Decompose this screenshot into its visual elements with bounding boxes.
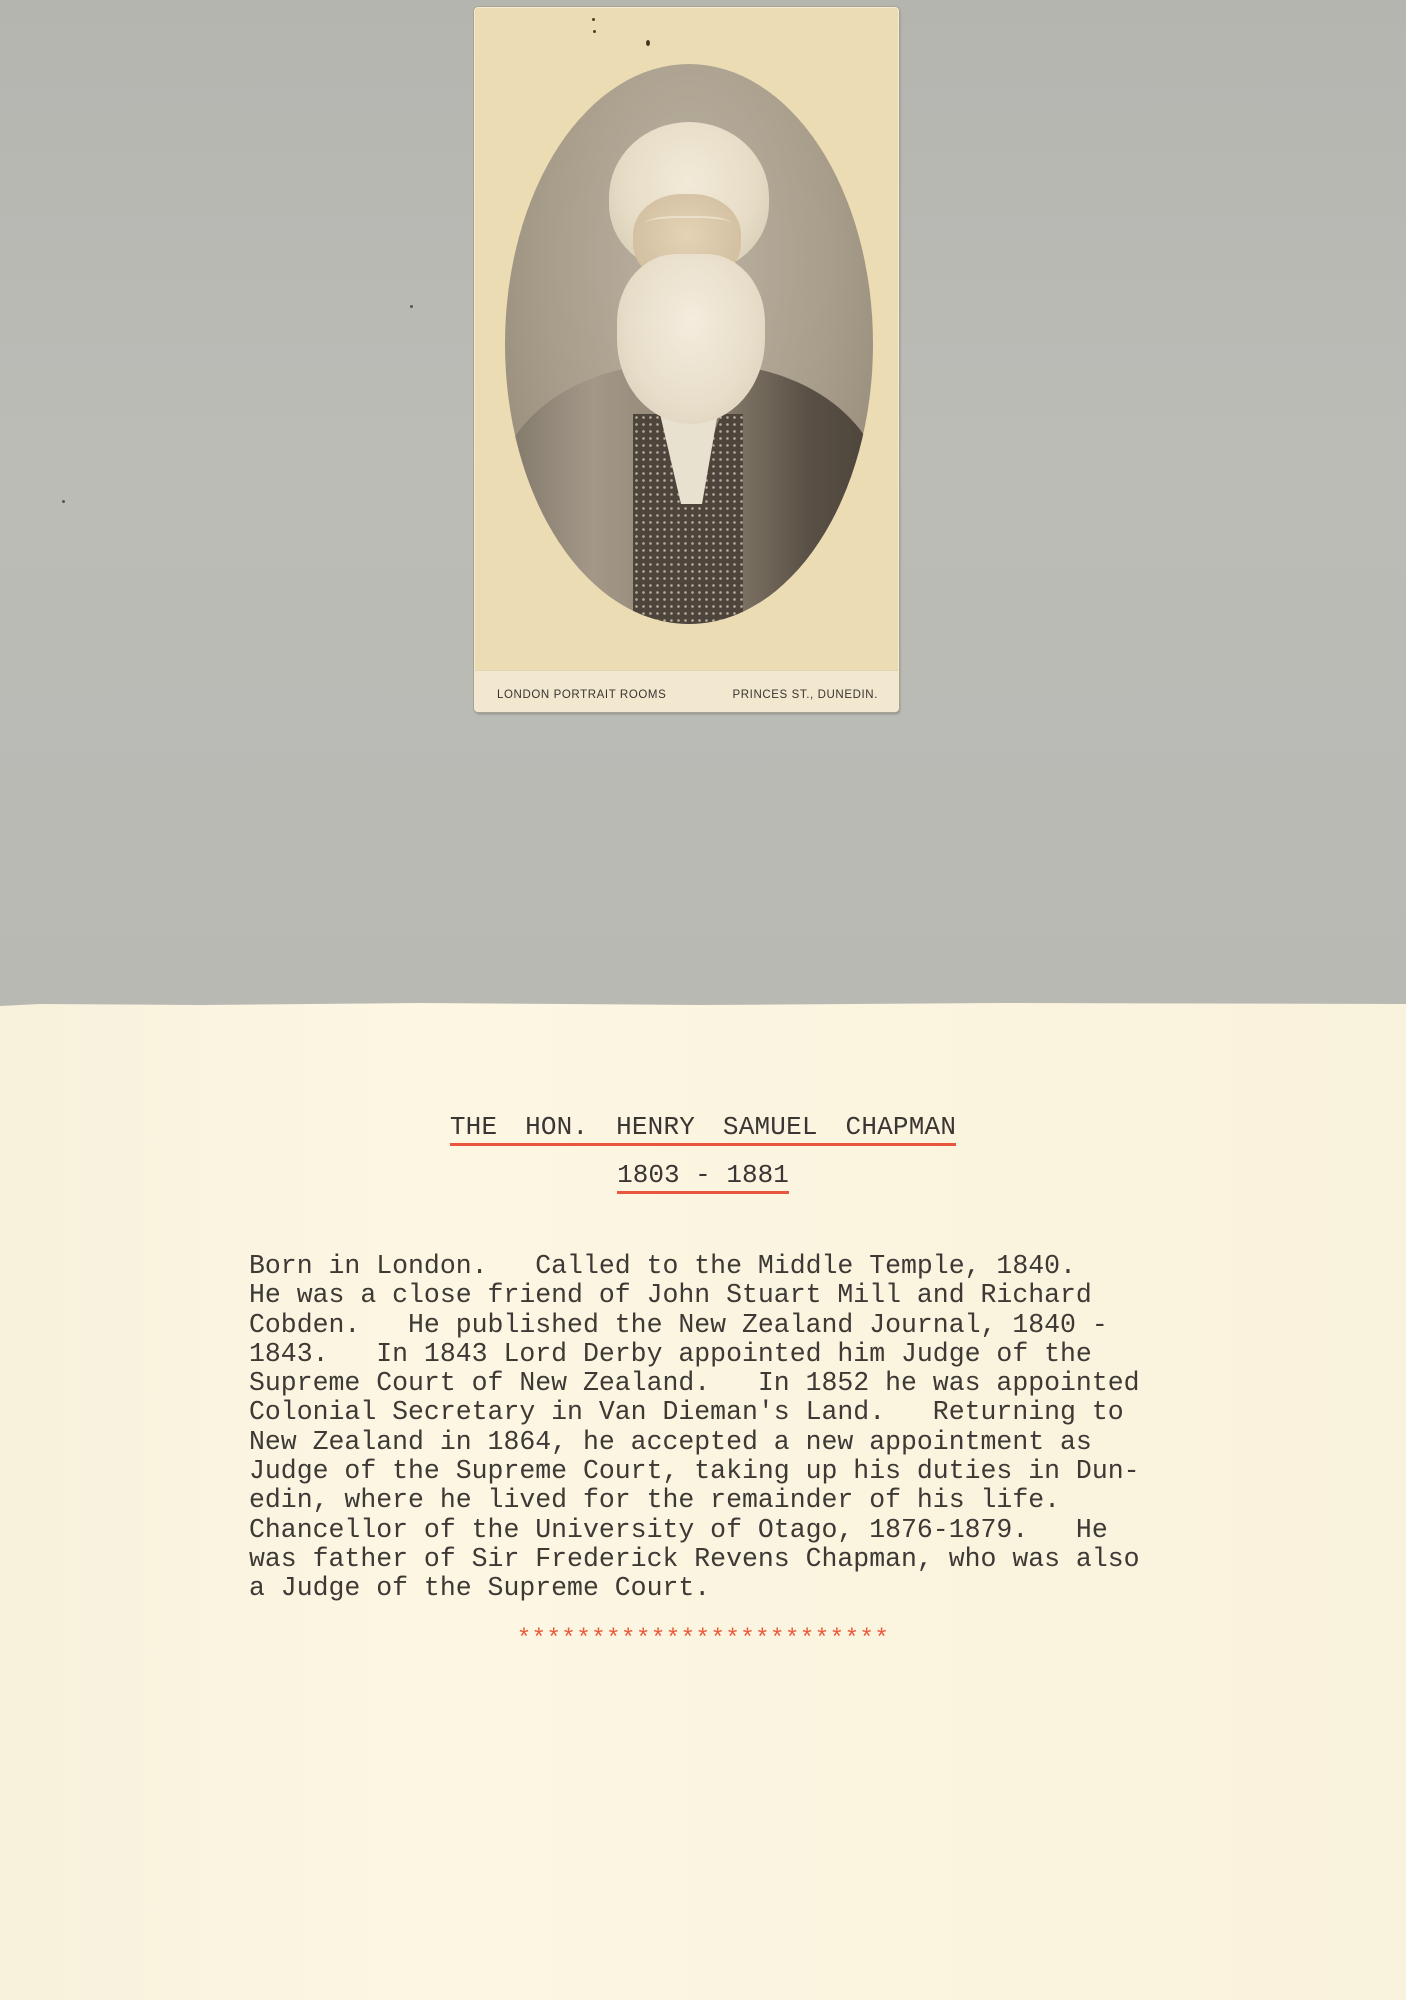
biography-line: Colonial Secretary in Van Dieman's Land.… <box>249 1398 1249 1427</box>
biography-line: New Zealand in 1864, he accepted a new a… <box>249 1428 1249 1457</box>
card-imprint-strip: LONDON PORTRAIT ROOMS PRINCES ST., DUNED… <box>475 670 898 711</box>
card-stain <box>593 30 596 33</box>
biography-line: Supreme Court of New Zealand. In 1852 he… <box>249 1369 1249 1398</box>
biography-line: Cobden. He published the New Zealand Jou… <box>249 1311 1249 1340</box>
mount-speck <box>62 500 65 503</box>
studio-address: PRINCES ST., DUNEDIN. <box>732 689 878 701</box>
biography-text: Born in London. Called to the Middle Tem… <box>249 1252 1249 1604</box>
studio-name: LONDON PORTRAIT ROOMS <box>497 689 666 701</box>
mount-speck <box>410 305 413 308</box>
asterisk-divider: ************************* <box>0 1626 1406 1653</box>
carte-de-visite-card: LONDON PORTRAIT ROOMS PRINCES ST., DUNED… <box>474 7 899 712</box>
biography-line: Judge of the Supreme Court, taking up hi… <box>249 1457 1249 1486</box>
portrait-spectacles <box>645 216 731 234</box>
biography-line: was father of Sir Frederick Revens Chapm… <box>249 1545 1249 1574</box>
caption-dates-text: 1803 - 1881 <box>617 1160 789 1194</box>
biography-line: 1843. In 1843 Lord Derby appointed him J… <box>249 1340 1249 1369</box>
biography-line: Chancellor of the University of Otago, 1… <box>249 1516 1249 1545</box>
card-stain <box>592 18 595 21</box>
portrait-photo <box>505 64 873 624</box>
caption-title-text: THE HON. HENRY SAMUEL CHAPMAN <box>450 1112 956 1146</box>
portrait-beard <box>617 254 765 424</box>
biography-line: He was a close friend of John Stuart Mil… <box>249 1281 1249 1310</box>
gray-mount-board: LONDON PORTRAIT ROOMS PRINCES ST., DUNED… <box>0 0 1406 1004</box>
biography-line: a Judge of the Supreme Court. <box>249 1574 1249 1603</box>
biography-line: edin, where he lived for the remainder o… <box>249 1486 1249 1515</box>
biography-line: Born in London. Called to the Middle Tem… <box>249 1252 1249 1281</box>
caption-dates: 1803 - 1881 <box>0 1160 1406 1190</box>
caption-title: THE HON. HENRY SAMUEL CHAPMAN <box>0 1112 1406 1142</box>
card-stain <box>646 40 650 46</box>
